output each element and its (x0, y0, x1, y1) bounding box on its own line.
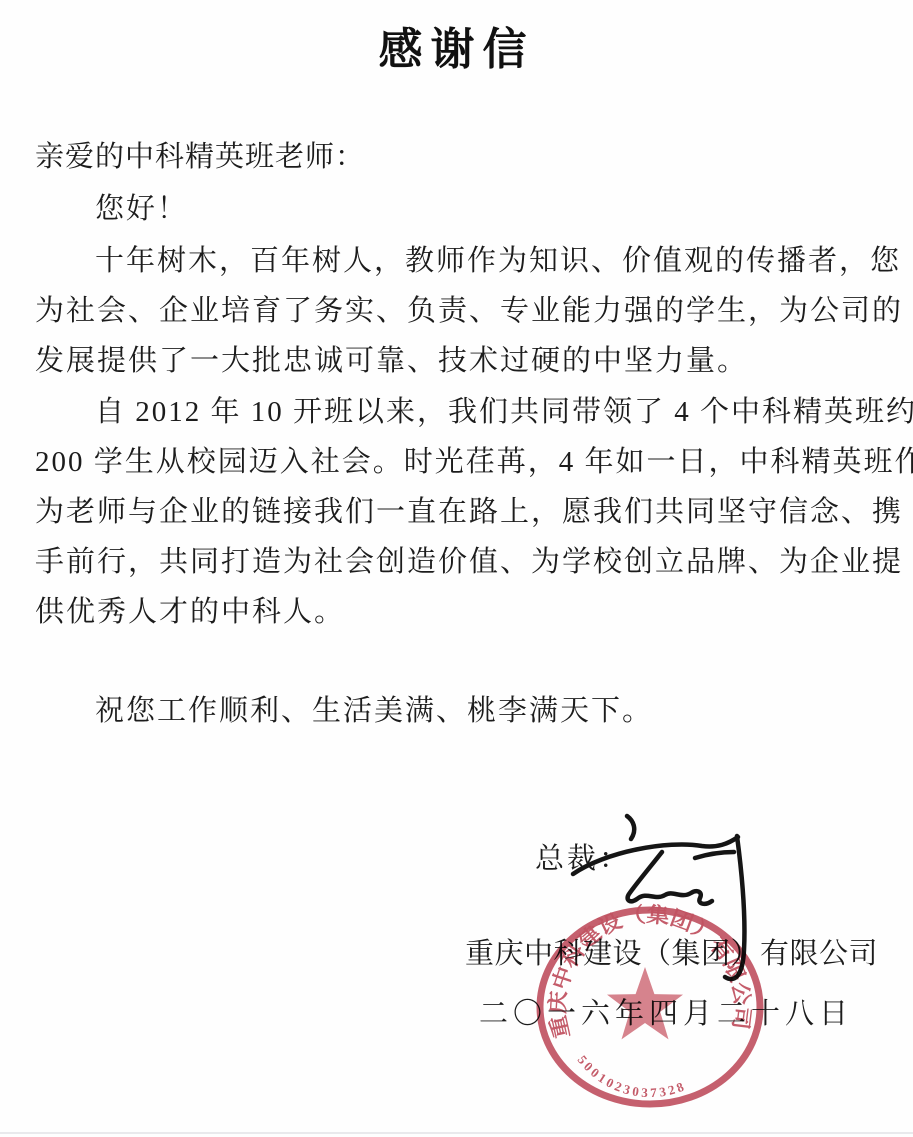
paragraph-line: 十年树木，百年树人，教师作为知识、价值观的传播者，您 (35, 236, 883, 286)
closing-wish: 祝您工作顺利、生活美满、桃李满天下。 (95, 686, 653, 736)
president-label: 总裁： (535, 834, 631, 884)
paragraph-line: 自 2012 年 10 开班以来，我们共同带领了 4 个中科精英班约 (35, 387, 883, 437)
signature-stroke (695, 852, 734, 858)
paragraph-line: 为老师与企业的链接我们一直在路上，愿我们共同坚守信念、携 (35, 487, 883, 537)
paragraph-line: 发展提供了一大批忠诚可靠、技术过硬的中坚力量。 (35, 336, 883, 386)
letter-date: 二〇一六年四月二十八日 (479, 989, 853, 1039)
greeting: 您好！ (95, 184, 188, 234)
svg-text:5001023037328: 5001023037328 (575, 1052, 689, 1100)
scan-bottom-edge (0, 1132, 913, 1134)
paragraph-line: 200 学生从校园迈入社会。时光荏苒，4 年如一日，中科精英班作 (35, 437, 883, 487)
company-name: 重庆中科建设（集团）有限公司 (465, 929, 878, 979)
paragraph-line: 供优秀人才的中科人。 (35, 587, 883, 637)
paragraph-line: 手前行，共同打造为社会创造价值、为学校创立品牌、为企业提 (35, 537, 883, 587)
paragraph-2: 自 2012 年 10 开班以来，我们共同带领了 4 个中科精英班约 200 学… (35, 387, 883, 637)
letter-page: 感谢信 亲爱的中科精英班老师： 您好！ 十年树木，百年树人，教师作为知识、价值观… (0, 0, 913, 1137)
signature-stroke (628, 852, 712, 904)
salutation: 亲爱的中科精英班老师： (35, 132, 365, 182)
paragraph-1: 十年树木，百年树人，教师作为知识、价值观的传播者，您 为社会、企业培育了务实、负… (35, 236, 883, 386)
letter-title: 感谢信 (0, 22, 913, 78)
seal-number-text: 5001023037328 (575, 1052, 689, 1100)
paragraph-line: 为社会、企业培育了务实、负责、专业能力强的学生，为公司的 (35, 286, 883, 336)
